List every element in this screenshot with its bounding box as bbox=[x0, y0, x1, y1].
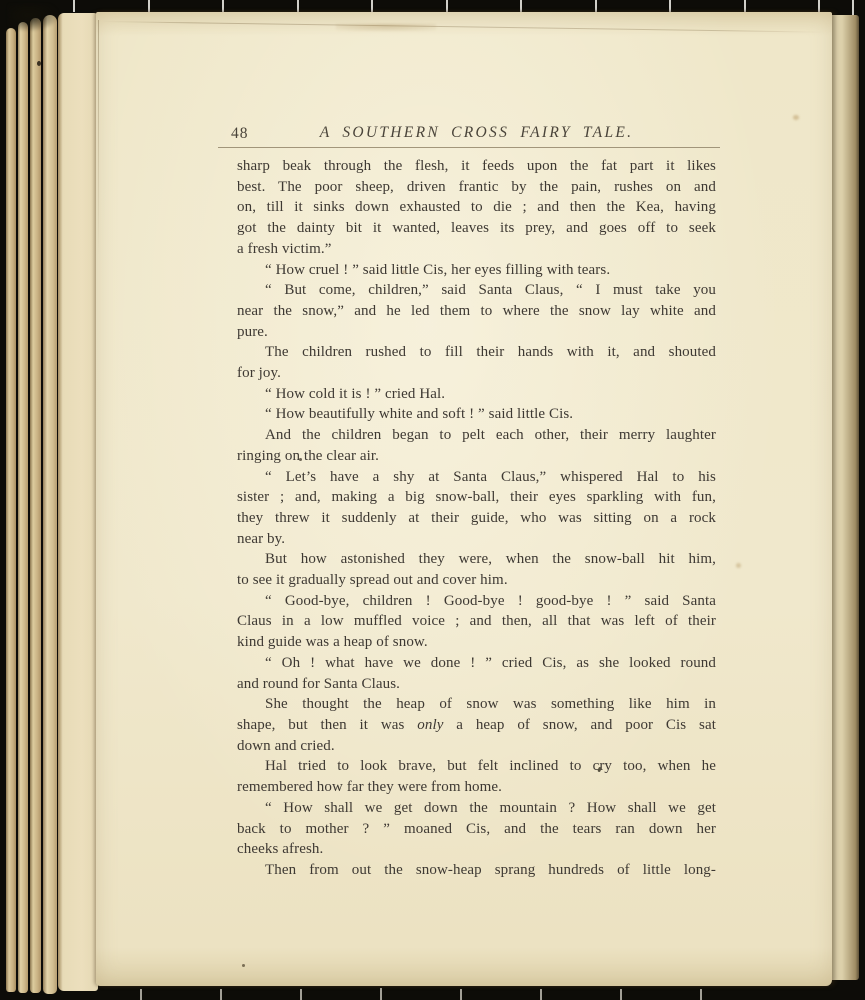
text-line: near the snow,” and he led them to where… bbox=[237, 301, 716, 322]
text-line: “ How shall we get down the mountain ? H… bbox=[237, 798, 716, 819]
text-line: But how astonished they were, when the s… bbox=[237, 549, 716, 570]
header-rule bbox=[218, 147, 720, 148]
text-line: to see it gradually spread out and cover… bbox=[237, 570, 716, 591]
text-line: on, till it sinks down exhausted to die … bbox=[237, 197, 716, 218]
foxing-spot bbox=[402, 270, 406, 274]
paper-speck bbox=[299, 458, 302, 461]
under-sheet-edge bbox=[102, 21, 824, 33]
ruler-tick bbox=[222, 0, 224, 12]
ruler-tick bbox=[73, 0, 75, 12]
text-line: “ Good-bye, children ! Good-bye ! good-b… bbox=[237, 591, 716, 612]
page-number: 48 bbox=[231, 125, 249, 143]
ruler-tick bbox=[852, 0, 854, 16]
text-line: pure. bbox=[237, 322, 716, 343]
text-line: cheeks afresh. bbox=[237, 839, 716, 860]
book-page: 48 A SOUTHERN CROSS FAIRY TALE. sharp be… bbox=[96, 12, 832, 986]
body-text: sharp beak through the flesh, it feeds u… bbox=[237, 156, 716, 881]
text-line: got the dainty bit it wanted, leaves its… bbox=[237, 218, 716, 239]
ruler-tick bbox=[540, 989, 542, 1000]
ruler-tick bbox=[700, 989, 702, 1000]
page-edge bbox=[43, 15, 57, 994]
ruler-tick bbox=[446, 0, 448, 12]
ruler-tick bbox=[620, 989, 622, 1000]
text-line: “ Oh ! what have we done ! ” cried Cis, … bbox=[237, 653, 716, 674]
page-edge bbox=[30, 18, 41, 993]
text-line: for joy. bbox=[237, 363, 716, 384]
text-line: The children rushed to fill their hands … bbox=[237, 342, 716, 363]
book-scan: 48 A SOUTHERN CROSS FAIRY TALE. sharp be… bbox=[0, 0, 865, 1000]
text-line: She thought the heap of snow was somethi… bbox=[237, 694, 716, 715]
text-line: sister ; and, making a big snow-ball, th… bbox=[237, 487, 716, 508]
text-line: a fresh victim.” bbox=[237, 239, 716, 260]
text-line: they threw it suddenly at their guide, w… bbox=[237, 508, 716, 529]
foxing-spot bbox=[736, 563, 741, 568]
page-edge bbox=[18, 22, 28, 993]
text-line: “ How cruel ! ” said little Cis, her eye… bbox=[237, 260, 716, 281]
text-line: “ How beautifully white and soft ! ” sai… bbox=[237, 404, 716, 425]
foxing-spot bbox=[793, 115, 799, 120]
text-line: Hal tried to look brave, but felt inclin… bbox=[237, 756, 716, 777]
text-line: near by. bbox=[237, 529, 716, 550]
ruler-tick bbox=[460, 989, 462, 1000]
text-line: shape, but then it was only a heap of sn… bbox=[237, 715, 716, 736]
text-line: kind guide was a heap of snow. bbox=[237, 632, 716, 653]
ruler-tick bbox=[818, 0, 820, 12]
text-line: And the children began to pelt each othe… bbox=[237, 425, 716, 446]
page-edge bbox=[58, 13, 98, 991]
text-line: best. The poor sheep, driven frantic by … bbox=[237, 177, 716, 198]
paper-stain bbox=[336, 24, 436, 31]
text-line: sharp beak through the flesh, it feeds u… bbox=[237, 156, 716, 177]
ruler-tick bbox=[595, 0, 597, 12]
text-line: back to mother ? ” moaned Cis, and the t… bbox=[237, 819, 716, 840]
page-header: 48 A SOUTHERN CROSS FAIRY TALE. bbox=[237, 124, 716, 146]
under-sheet-edge bbox=[98, 20, 99, 255]
text-line: “ But come, children,” said Santa Claus,… bbox=[237, 280, 716, 301]
text-line: remembered how far they were from home. bbox=[237, 777, 716, 798]
text-line: Then from out the snow-heap sprang hundr… bbox=[237, 860, 716, 881]
ruler-tick bbox=[744, 0, 746, 12]
text-line: down and cried. bbox=[237, 736, 716, 757]
paper-speck bbox=[242, 964, 245, 967]
text-line: and round for Santa Claus. bbox=[237, 674, 716, 695]
text-line: ringing on the clear air. bbox=[237, 446, 716, 467]
page-edge bbox=[6, 28, 16, 992]
running-title: A SOUTHERN CROSS FAIRY TALE. bbox=[237, 124, 716, 142]
binding-shadow bbox=[8, 4, 60, 32]
ruler-tick bbox=[140, 989, 142, 1000]
ruler-tick bbox=[220, 989, 222, 1000]
text-line: Claus in a low muffled voice ; and then,… bbox=[237, 611, 716, 632]
text-line: “ Let’s have a shy at Santa Claus,” whis… bbox=[237, 467, 716, 488]
paper-speck bbox=[37, 61, 41, 66]
text-line: “ How cold it is ! ” cried Hal. bbox=[237, 384, 716, 405]
ruler-tick bbox=[371, 0, 373, 12]
ruler-tick bbox=[300, 989, 302, 1000]
ruler-tick bbox=[380, 988, 382, 1000]
